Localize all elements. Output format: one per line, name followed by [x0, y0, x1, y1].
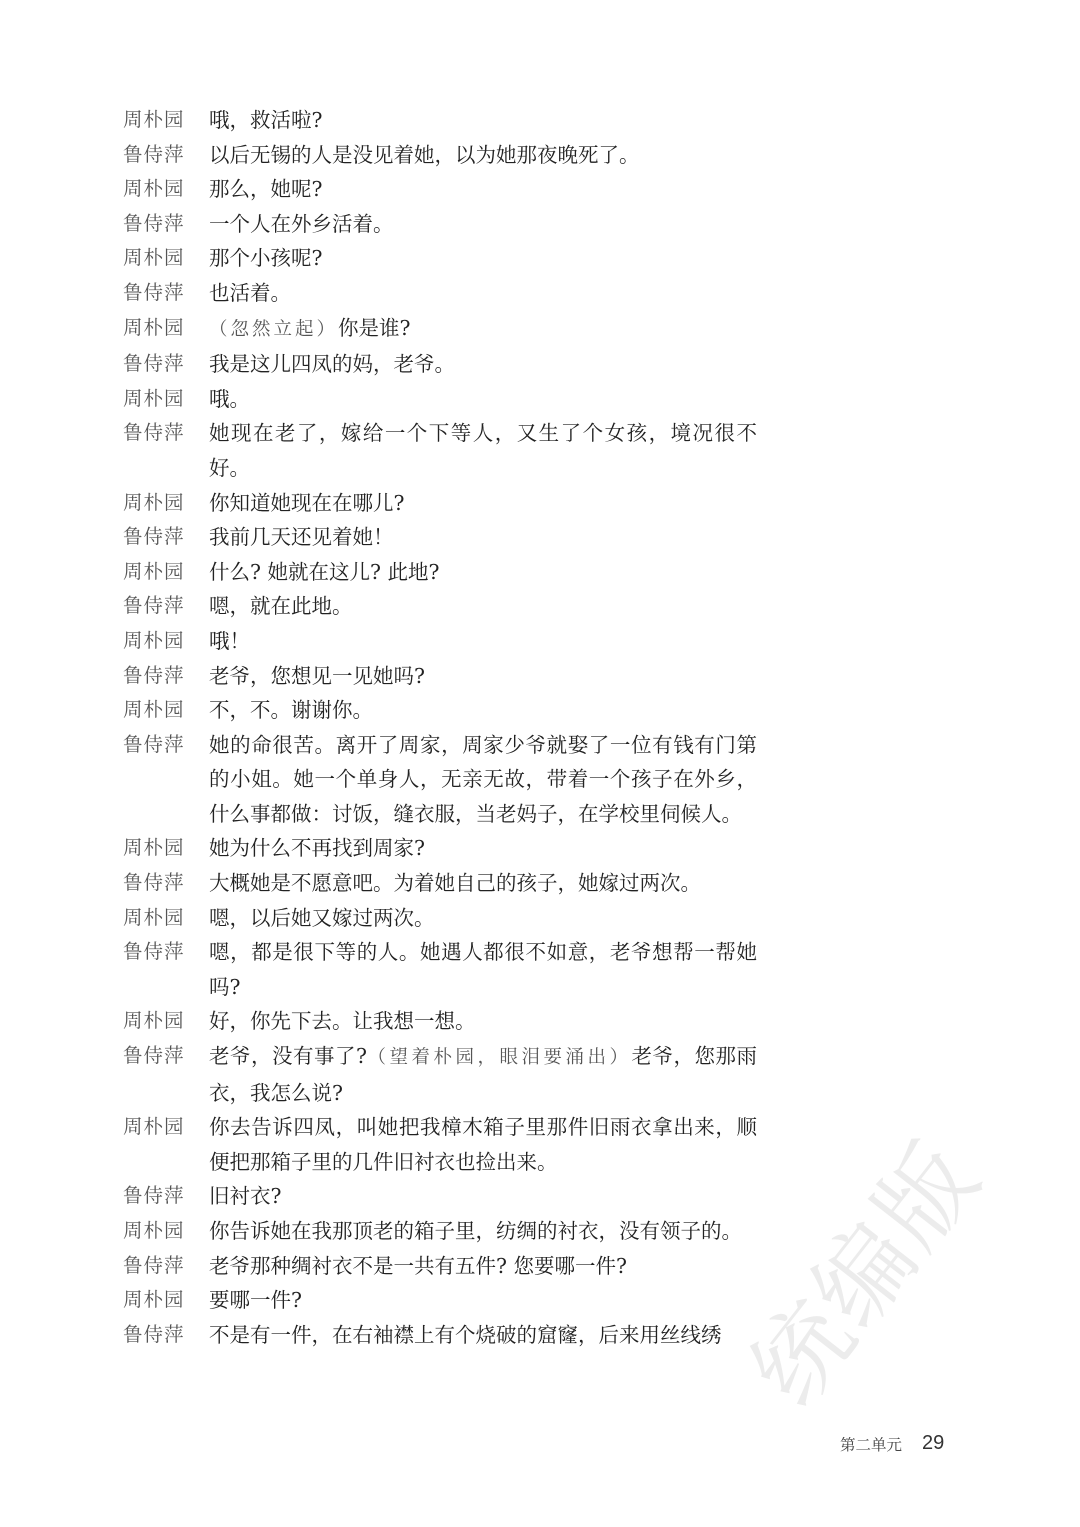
speech-fragment: 你去告诉四凤，叫她把我樟木箱子里那件旧雨衣拿出来，顺便把那箱子里的几件旧衬衣也捡… — [209, 1115, 757, 1174]
dialogue-line: 周朴园不，不。谢谢你。 — [123, 693, 763, 728]
speaker-name: 鲁侍萍 — [123, 276, 209, 311]
speech-text: 哦，救活啦? — [209, 103, 757, 138]
speech-fragment: 要哪一件? — [209, 1288, 302, 1312]
speaker-name: 鲁侍萍 — [123, 347, 209, 382]
dialogue-line: 周朴园那个小孩呢? — [123, 241, 763, 276]
speaker-name: 鲁侍萍 — [123, 935, 209, 970]
speech-fragment: 我前几天还见着她！ — [209, 525, 394, 549]
speaker-name: 鲁侍萍 — [123, 589, 209, 624]
speech-text: 你告诉她在我那顶老的箱子里，纺绸的衬衣，没有领子的。 — [209, 1214, 757, 1249]
speech-text: 一个人在外乡活着。 — [209, 207, 757, 242]
speech-fragment: 大概她是不愿意吧。为着她自己的孩子，她嫁过两次。 — [209, 871, 701, 895]
speech-text: 不是有一件，在右袖襟上有个烧破的窟窿，后来用丝线绣 — [209, 1318, 757, 1353]
speech-fragment: 嗯，都是很下等的人。她遇人都很不如意，老爷想帮一帮她吗? — [209, 940, 757, 999]
speech-fragment: 嗯，就在此地。 — [209, 594, 353, 618]
speaker-name: 周朴园 — [123, 901, 209, 936]
speech-fragment: 你是谁? — [338, 316, 411, 340]
speech-text: 你知道她现在在哪儿? — [209, 486, 757, 521]
speech-fragment: 一个人在外乡活着。 — [209, 212, 394, 236]
speaker-name: 周朴园 — [123, 241, 209, 276]
dialogue-line: 鲁侍萍老爷那种绸衬衣不是一共有五件? 您要哪一件? — [123, 1249, 763, 1284]
speaker-name: 鲁侍萍 — [123, 1179, 209, 1214]
dialogue-line: 周朴园她为什么不再找到周家? — [123, 831, 763, 866]
speech-fragment: 什么? 她就在这儿? 此地? — [209, 560, 440, 584]
speech-text: 以后无锡的人是没见着她，以为她那夜晚死了。 — [209, 138, 757, 173]
dialogue-line: 周朴园哦，救活啦? — [123, 103, 763, 138]
speaker-name: 鲁侍萍 — [123, 1318, 209, 1353]
stage-direction: （忽然立起） — [209, 319, 338, 340]
speaker-name: 鲁侍萍 — [123, 207, 209, 242]
speech-text: 你去告诉四凤，叫她把我樟木箱子里那件旧雨衣拿出来，顺便把那箱子里的几件旧衬衣也捡… — [209, 1110, 757, 1179]
dialogue-line: 鲁侍萍以后无锡的人是没见着她，以为她那夜晚死了。 — [123, 138, 763, 173]
page-footer: 第二单元 29 — [840, 1432, 944, 1455]
dialogue-line: 周朴园嗯，以后她又嫁过两次。 — [123, 901, 763, 936]
speech-text: 老爷，您想见一见她吗? — [209, 659, 757, 694]
speech-fragment: 她为什么不再找到周家? — [209, 836, 425, 860]
speech-fragment: 哦。 — [209, 387, 250, 411]
speech-text: 大概她是不愿意吧。为着她自己的孩子，她嫁过两次。 — [209, 866, 757, 901]
speech-text: 旧衬衣? — [209, 1179, 757, 1214]
unit-label: 第二单元 — [840, 1433, 902, 1455]
dialogue-line: 周朴园要哪一件? — [123, 1283, 763, 1318]
speech-fragment: 你告诉她在我那顶老的箱子里，纺绸的衬衣，没有领子的。 — [209, 1219, 742, 1243]
speaker-name: 周朴园 — [123, 693, 209, 728]
speaker-name: 周朴园 — [123, 1214, 209, 1249]
dialogue-line: 鲁侍萍我前几天还见着她！ — [123, 520, 763, 555]
speech-text: 我是这儿四凤的妈，老爷。 — [209, 347, 757, 382]
dialogue-line: 鲁侍萍她现在老了，嫁给一个下等人，又生了个女孩，境况很不好。 — [123, 416, 763, 485]
speech-fragment: 我是这儿四凤的妈，老爷。 — [209, 352, 455, 376]
dialogue-line: 鲁侍萍老爷，您想见一见她吗? — [123, 659, 763, 694]
dialogue-line: 鲁侍萍她的命很苦。离开了周家，周家少爷就娶了一位有钱有门第的小姐。她一个单身人，… — [123, 728, 763, 832]
speech-fragment: 老爷那种绸衬衣不是一共有五件? 您要哪一件? — [209, 1254, 627, 1278]
dialogue-line: 鲁侍萍我是这儿四凤的妈，老爷。 — [123, 347, 763, 382]
speech-fragment: 她现在老了，嫁给一个下等人，又生了个女孩，境况很不好。 — [209, 421, 757, 480]
speaker-name: 鲁侍萍 — [123, 1039, 209, 1074]
speech-fragment: 也活着。 — [209, 281, 291, 305]
speech-text: 好，你先下去。让我想一想。 — [209, 1004, 757, 1039]
dialogue-line: 周朴园你告诉她在我那顶老的箱子里，纺绸的衬衣，没有领子的。 — [123, 1214, 763, 1249]
speaker-name: 鲁侍萍 — [123, 866, 209, 901]
speech-text: 我前几天还见着她！ — [209, 520, 757, 555]
speech-text: 哦！ — [209, 624, 757, 659]
speech-fragment: 不是有一件，在右袖襟上有个烧破的窟窿，后来用丝线绣 — [209, 1323, 722, 1347]
dialogue-line: 周朴园哦！ — [123, 624, 763, 659]
dialogue-line: 鲁侍萍也活着。 — [123, 276, 763, 311]
speech-fragment: 那个小孩呢? — [209, 246, 323, 270]
speech-fragment: 好，你先下去。让我想一想。 — [209, 1009, 476, 1033]
speaker-name: 周朴园 — [123, 486, 209, 521]
dialogue-line: 周朴园你知道她现在在哪儿? — [123, 486, 763, 521]
dialogue-list: 周朴园哦，救活啦?鲁侍萍以后无锡的人是没见着她，以为她那夜晚死了。周朴园那么，她… — [123, 103, 763, 1352]
speech-text: 嗯，都是很下等的人。她遇人都很不如意，老爷想帮一帮她吗? — [209, 935, 757, 1004]
speech-fragment: 那么，她呢? — [209, 177, 323, 201]
speech-text: 不，不。谢谢你。 — [209, 693, 757, 728]
dialogue-line: 鲁侍萍大概她是不愿意吧。为着她自己的孩子，她嫁过两次。 — [123, 866, 763, 901]
speech-text: 老爷那种绸衬衣不是一共有五件? 您要哪一件? — [209, 1249, 757, 1284]
speech-fragment: 老爷，没有事了? — [209, 1044, 367, 1068]
dialogue-line: 周朴园哦。 — [123, 382, 763, 417]
speaker-name: 周朴园 — [123, 1283, 209, 1318]
dialogue-line: 鲁侍萍一个人在外乡活着。 — [123, 207, 763, 242]
speech-text: 嗯，就在此地。 — [209, 589, 757, 624]
dialogue-line: 周朴园好，你先下去。让我想一想。 — [123, 1004, 763, 1039]
speech-text: 要哪一件? — [209, 1283, 757, 1318]
speech-text: 也活着。 — [209, 276, 757, 311]
speech-text: （忽然立起）你是谁? — [209, 311, 757, 348]
speaker-name: 周朴园 — [123, 311, 209, 346]
speech-fragment: 哦！ — [209, 629, 250, 653]
speech-text: 什么? 她就在这儿? 此地? — [209, 555, 757, 590]
speech-fragment: 老爷，您想见一见她吗? — [209, 664, 425, 688]
speech-fragment: 旧衬衣? — [209, 1184, 282, 1208]
speaker-name: 周朴园 — [123, 382, 209, 417]
speech-text: 那个小孩呢? — [209, 241, 757, 276]
speaker-name: 鲁侍萍 — [123, 138, 209, 173]
speech-text: 那么，她呢? — [209, 172, 757, 207]
dialogue-line: 鲁侍萍老爷，没有事了?（望着朴园，眼泪要涌出）老爷，您那雨衣，我怎么说? — [123, 1039, 763, 1110]
speech-text: 哦。 — [209, 382, 757, 417]
speaker-name: 周朴园 — [123, 103, 209, 138]
speaker-name: 周朴园 — [123, 831, 209, 866]
dialogue-line: 鲁侍萍嗯，就在此地。 — [123, 589, 763, 624]
speech-fragment: 你知道她现在在哪儿? — [209, 491, 405, 515]
dialogue-line: 鲁侍萍不是有一件，在右袖襟上有个烧破的窟窿，后来用丝线绣 — [123, 1318, 763, 1353]
speaker-name: 周朴园 — [123, 172, 209, 207]
speech-fragment: 她的命很苦。离开了周家，周家少爷就娶了一位有钱有门第的小姐。她一个单身人，无亲无… — [209, 733, 757, 826]
speaker-name: 鲁侍萍 — [123, 728, 209, 763]
speaker-name: 鲁侍萍 — [123, 416, 209, 451]
speech-text: 嗯，以后她又嫁过两次。 — [209, 901, 757, 936]
dialogue-line: 周朴园你去告诉四凤，叫她把我樟木箱子里那件旧雨衣拿出来，顺便把那箱子里的几件旧衬… — [123, 1110, 763, 1179]
page-number: 29 — [922, 1432, 944, 1455]
speaker-name: 周朴园 — [123, 1110, 209, 1145]
speaker-name: 鲁侍萍 — [123, 520, 209, 555]
speech-fragment: 哦，救活啦? — [209, 108, 323, 132]
dialogue-line: 周朴园（忽然立起）你是谁? — [123, 311, 763, 348]
speech-fragment: 不，不。谢谢你。 — [209, 698, 373, 722]
speech-text: 老爷，没有事了?（望着朴园，眼泪要涌出）老爷，您那雨衣，我怎么说? — [209, 1039, 757, 1110]
book-page: 统编版 周朴园哦，救活啦?鲁侍萍以后无锡的人是没见着她，以为她那夜晚死了。周朴园… — [0, 0, 1080, 1527]
speech-text: 她的命很苦。离开了周家，周家少爷就娶了一位有钱有门第的小姐。她一个单身人，无亲无… — [209, 728, 757, 832]
speaker-name: 周朴园 — [123, 624, 209, 659]
dialogue-line: 鲁侍萍旧衬衣? — [123, 1179, 763, 1214]
dialogue-line: 周朴园那么，她呢? — [123, 172, 763, 207]
speech-text: 她现在老了，嫁给一个下等人，又生了个女孩，境况很不好。 — [209, 416, 757, 485]
speech-fragment: 以后无锡的人是没见着她，以为她那夜晚死了。 — [209, 143, 640, 167]
speech-fragment: 嗯，以后她又嫁过两次。 — [209, 906, 435, 930]
stage-direction: （望着朴园，眼泪要涌出） — [367, 1047, 632, 1068]
speaker-name: 鲁侍萍 — [123, 659, 209, 694]
speaker-name: 周朴园 — [123, 555, 209, 590]
speaker-name: 周朴园 — [123, 1004, 209, 1039]
dialogue-line: 周朴园什么? 她就在这儿? 此地? — [123, 555, 763, 590]
speech-text: 她为什么不再找到周家? — [209, 831, 757, 866]
dialogue-line: 鲁侍萍嗯，都是很下等的人。她遇人都很不如意，老爷想帮一帮她吗? — [123, 935, 763, 1004]
speaker-name: 鲁侍萍 — [123, 1249, 209, 1284]
